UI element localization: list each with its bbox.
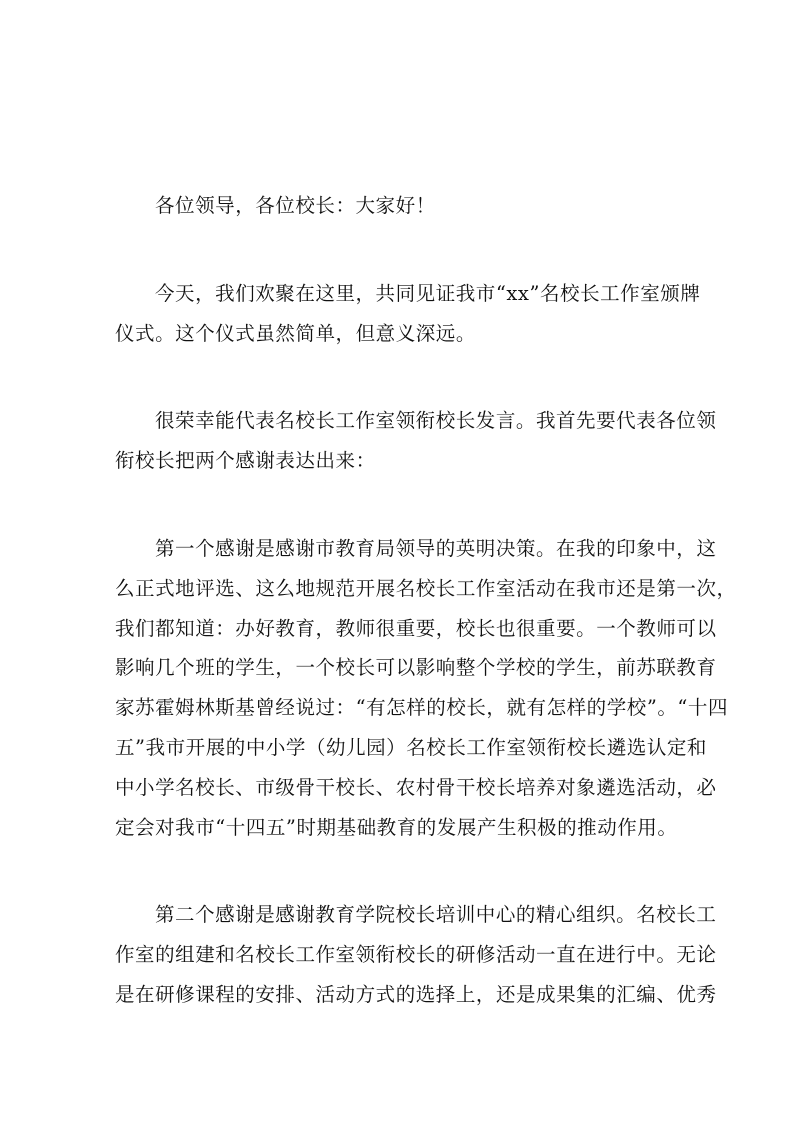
text-line: 是在研修课程的安排、活动方式的选择上，还是成果集的汇编、优秀: [115, 975, 681, 1015]
paragraph-first-thanks: 第一个感谢是感谢市教育局领导的英明决策。在我的印象中，这 么正式地评选、这么地规…: [115, 529, 681, 847]
text-line: 影响几个班的学生，一个校长可以影响整个学校的学生，前苏联教育: [115, 648, 681, 688]
text-line: 我们都知道：办好教育，教师很重要，校长也很重要。一个教师可以: [115, 609, 681, 649]
text-line: 作室的组建和名校长工作室领衔校长的研修活动一直在进行中。无论: [115, 935, 681, 975]
paragraph-second-thanks: 第二个感谢是感谢教育学院校长培训中心的精心组织。名校长工 作室的组建和名校长工作…: [115, 895, 681, 1014]
text-line: 第一个感谢是感谢市教育局领导的英明决策。在我的印象中，这: [115, 529, 681, 569]
paragraph-greeting: 各位领导，各位校长：大家好！: [115, 186, 681, 226]
text-line: 定会对我市“十四五”时期基础教育的发展产生积极的推动作用。: [115, 808, 681, 848]
text-line: 衔校长把两个感谢表达出来：: [115, 441, 681, 481]
paragraph-spacer: [115, 481, 681, 529]
text-line: 今天，我们欢聚在这里，共同见证我市“xx”名校长工作室颁牌: [115, 274, 681, 314]
text-line: 家苏霍姆林斯基曾经说过：“有怎样的校长，就有怎样的学校”。“十四: [115, 688, 681, 728]
text-line: 各位领导，各位校长：大家好！: [115, 186, 681, 226]
text-line: 第二个感谢是感谢教育学院校长培训中心的精心组织。名校长工: [115, 895, 681, 935]
text-line: 五”我市开展的中小学（幼儿园）名校长工作室领衔校长遴选认定和: [115, 728, 681, 768]
text-line: 仪式。这个仪式虽然简单，但意义深远。: [115, 314, 681, 354]
text-line: 中小学名校长、市级骨干校长、农村骨干校长培养对象遴选活动，必: [115, 768, 681, 808]
paragraph-spacer: [115, 847, 681, 895]
paragraph-opening: 今天，我们欢聚在这里，共同见证我市“xx”名校长工作室颁牌 仪式。这个仪式虽然简…: [115, 274, 681, 354]
text-line: 很荣幸能代表名校长工作室领衔校长发言。我首先要代表各位领: [115, 401, 681, 441]
paragraph-spacer: [115, 226, 681, 274]
paragraph-spacer: [115, 353, 681, 401]
document-page: 各位领导，各位校长：大家好！ 今天，我们欢聚在这里，共同见证我市“xx”名校长工…: [115, 186, 681, 1015]
paragraph-honor: 很荣幸能代表名校长工作室领衔校长发言。我首先要代表各位领 衔校长把两个感谢表达出…: [115, 401, 681, 481]
text-line: 么正式地评选、这么地规范开展名校长工作室活动在我市还是第一次，: [115, 569, 681, 609]
